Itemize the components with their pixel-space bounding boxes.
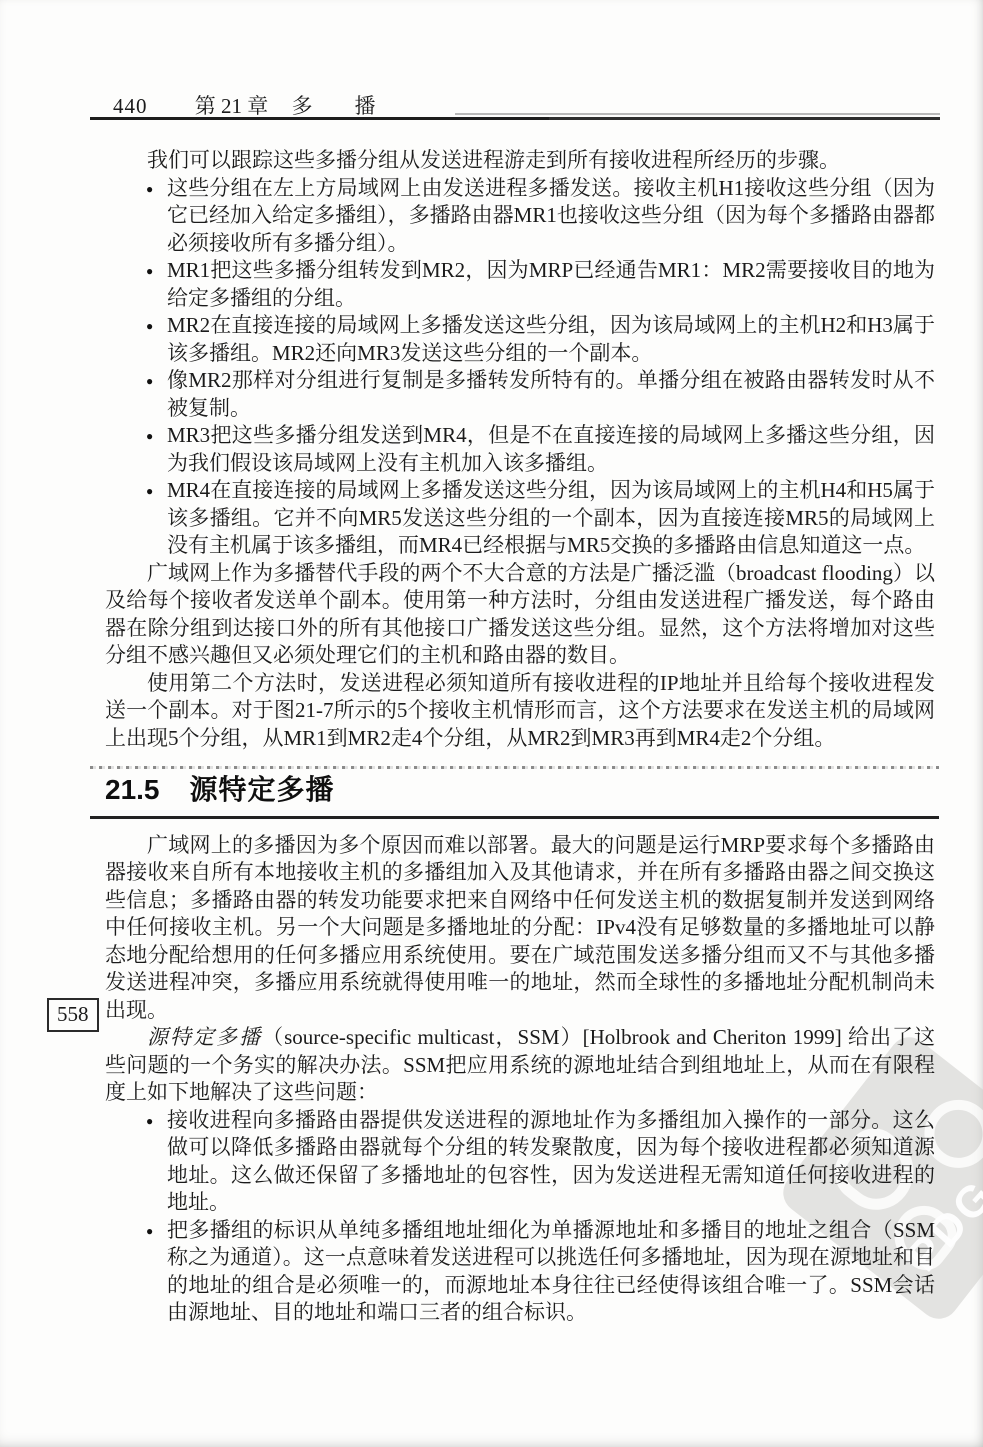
list-item: MR2在直接连接的局域网上多播发送这些分组，因为该局域网上的主机H2和H3属于该… <box>167 312 935 367</box>
ssm-term: 源特定多播 <box>147 1025 262 1049</box>
ssm-definition-paragraph: 源特定多播（source-specific multicast，SSM）[Hol… <box>105 1024 935 1107</box>
flooding-paragraph: 广域网上作为多播替代手段的两个不大合意的方法是广播泛滥（broadcast fl… <box>105 560 935 670</box>
list-item: MR4在直接连接的局域网上多播发送这些分组，因为该局域网上的主机H4和H5属于该… <box>167 477 935 560</box>
page-body: 我们可以跟踪这些多播分组从发送进程游走到所有接收进程所经历的步骤。 这些分组在左… <box>105 147 935 1327</box>
chapter-label: 第 21 章 <box>195 90 269 120</box>
section-heading-block: 21.5源特定多播 <box>90 766 939 819</box>
chapter-title: 多 播 <box>292 90 376 120</box>
header-rule-shadow <box>455 113 940 115</box>
page-number: 440 <box>113 94 148 119</box>
section-number: 21.5 <box>105 774 160 805</box>
book-page: PDG 440 第 21 章 多 播 558 我们可以跟踪这些多播分组从发送进程… <box>0 0 983 1447</box>
halftone-rule <box>90 766 939 769</box>
list-item: 这些分组在左上方局域网上由发送进程多播发送。接收主机H1接收这些分组（因为它已经… <box>167 175 935 258</box>
list-item: 把多播组的标识从单纯多播组地址细化为单播源地址和多播目的地址之组合（SSM称之为… <box>167 1217 935 1327</box>
intro-paragraph: 我们可以跟踪这些多播分组从发送进程游走到所有接收进程所经历的步骤。 <box>105 147 935 175</box>
list-item: MR3把这些多播分组发送到MR4，但是不在直接连接的局域网上多播这些分组，因为我… <box>167 422 935 477</box>
second-method-paragraph: 使用第二个方法时，发送进程必须知道所有接收进程的IP地址并且给每个接收进程发送一… <box>105 670 935 753</box>
margin-page-locator: 558 <box>47 998 99 1032</box>
multicast-steps-list: 这些分组在左上方局域网上由发送进程多播发送。接收主机H1接收这些分组（因为它已经… <box>105 175 935 560</box>
running-head: 440 第 21 章 多 播 <box>113 90 376 120</box>
section-heading: 21.5源特定多播 <box>90 773 939 819</box>
header-rule <box>90 117 940 120</box>
section-title: 源特定多播 <box>190 774 335 805</box>
ssm-intro-paragraph: 广域网上的多播因为多个原因而难以部署。最大的问题是运行MRP要求每个多播路由器接… <box>105 832 935 1025</box>
list-item: 像MR2那样对分组进行复制是多播转发所特有的。单播分组在被路由器转发时从不被复制… <box>167 367 935 422</box>
ssm-benefits-list: 接收进程向多播路由器提供发送进程的源地址作为多播组加入操作的一部分。这么做可以降… <box>105 1107 935 1327</box>
list-item: 接收进程向多播路由器提供发送进程的源地址作为多播组加入操作的一部分。这么做可以降… <box>167 1107 935 1217</box>
list-item: MR1把这些多播分组转发到MR2，因为MRP已经通告MR1：MR2需要接收目的地… <box>167 257 935 312</box>
